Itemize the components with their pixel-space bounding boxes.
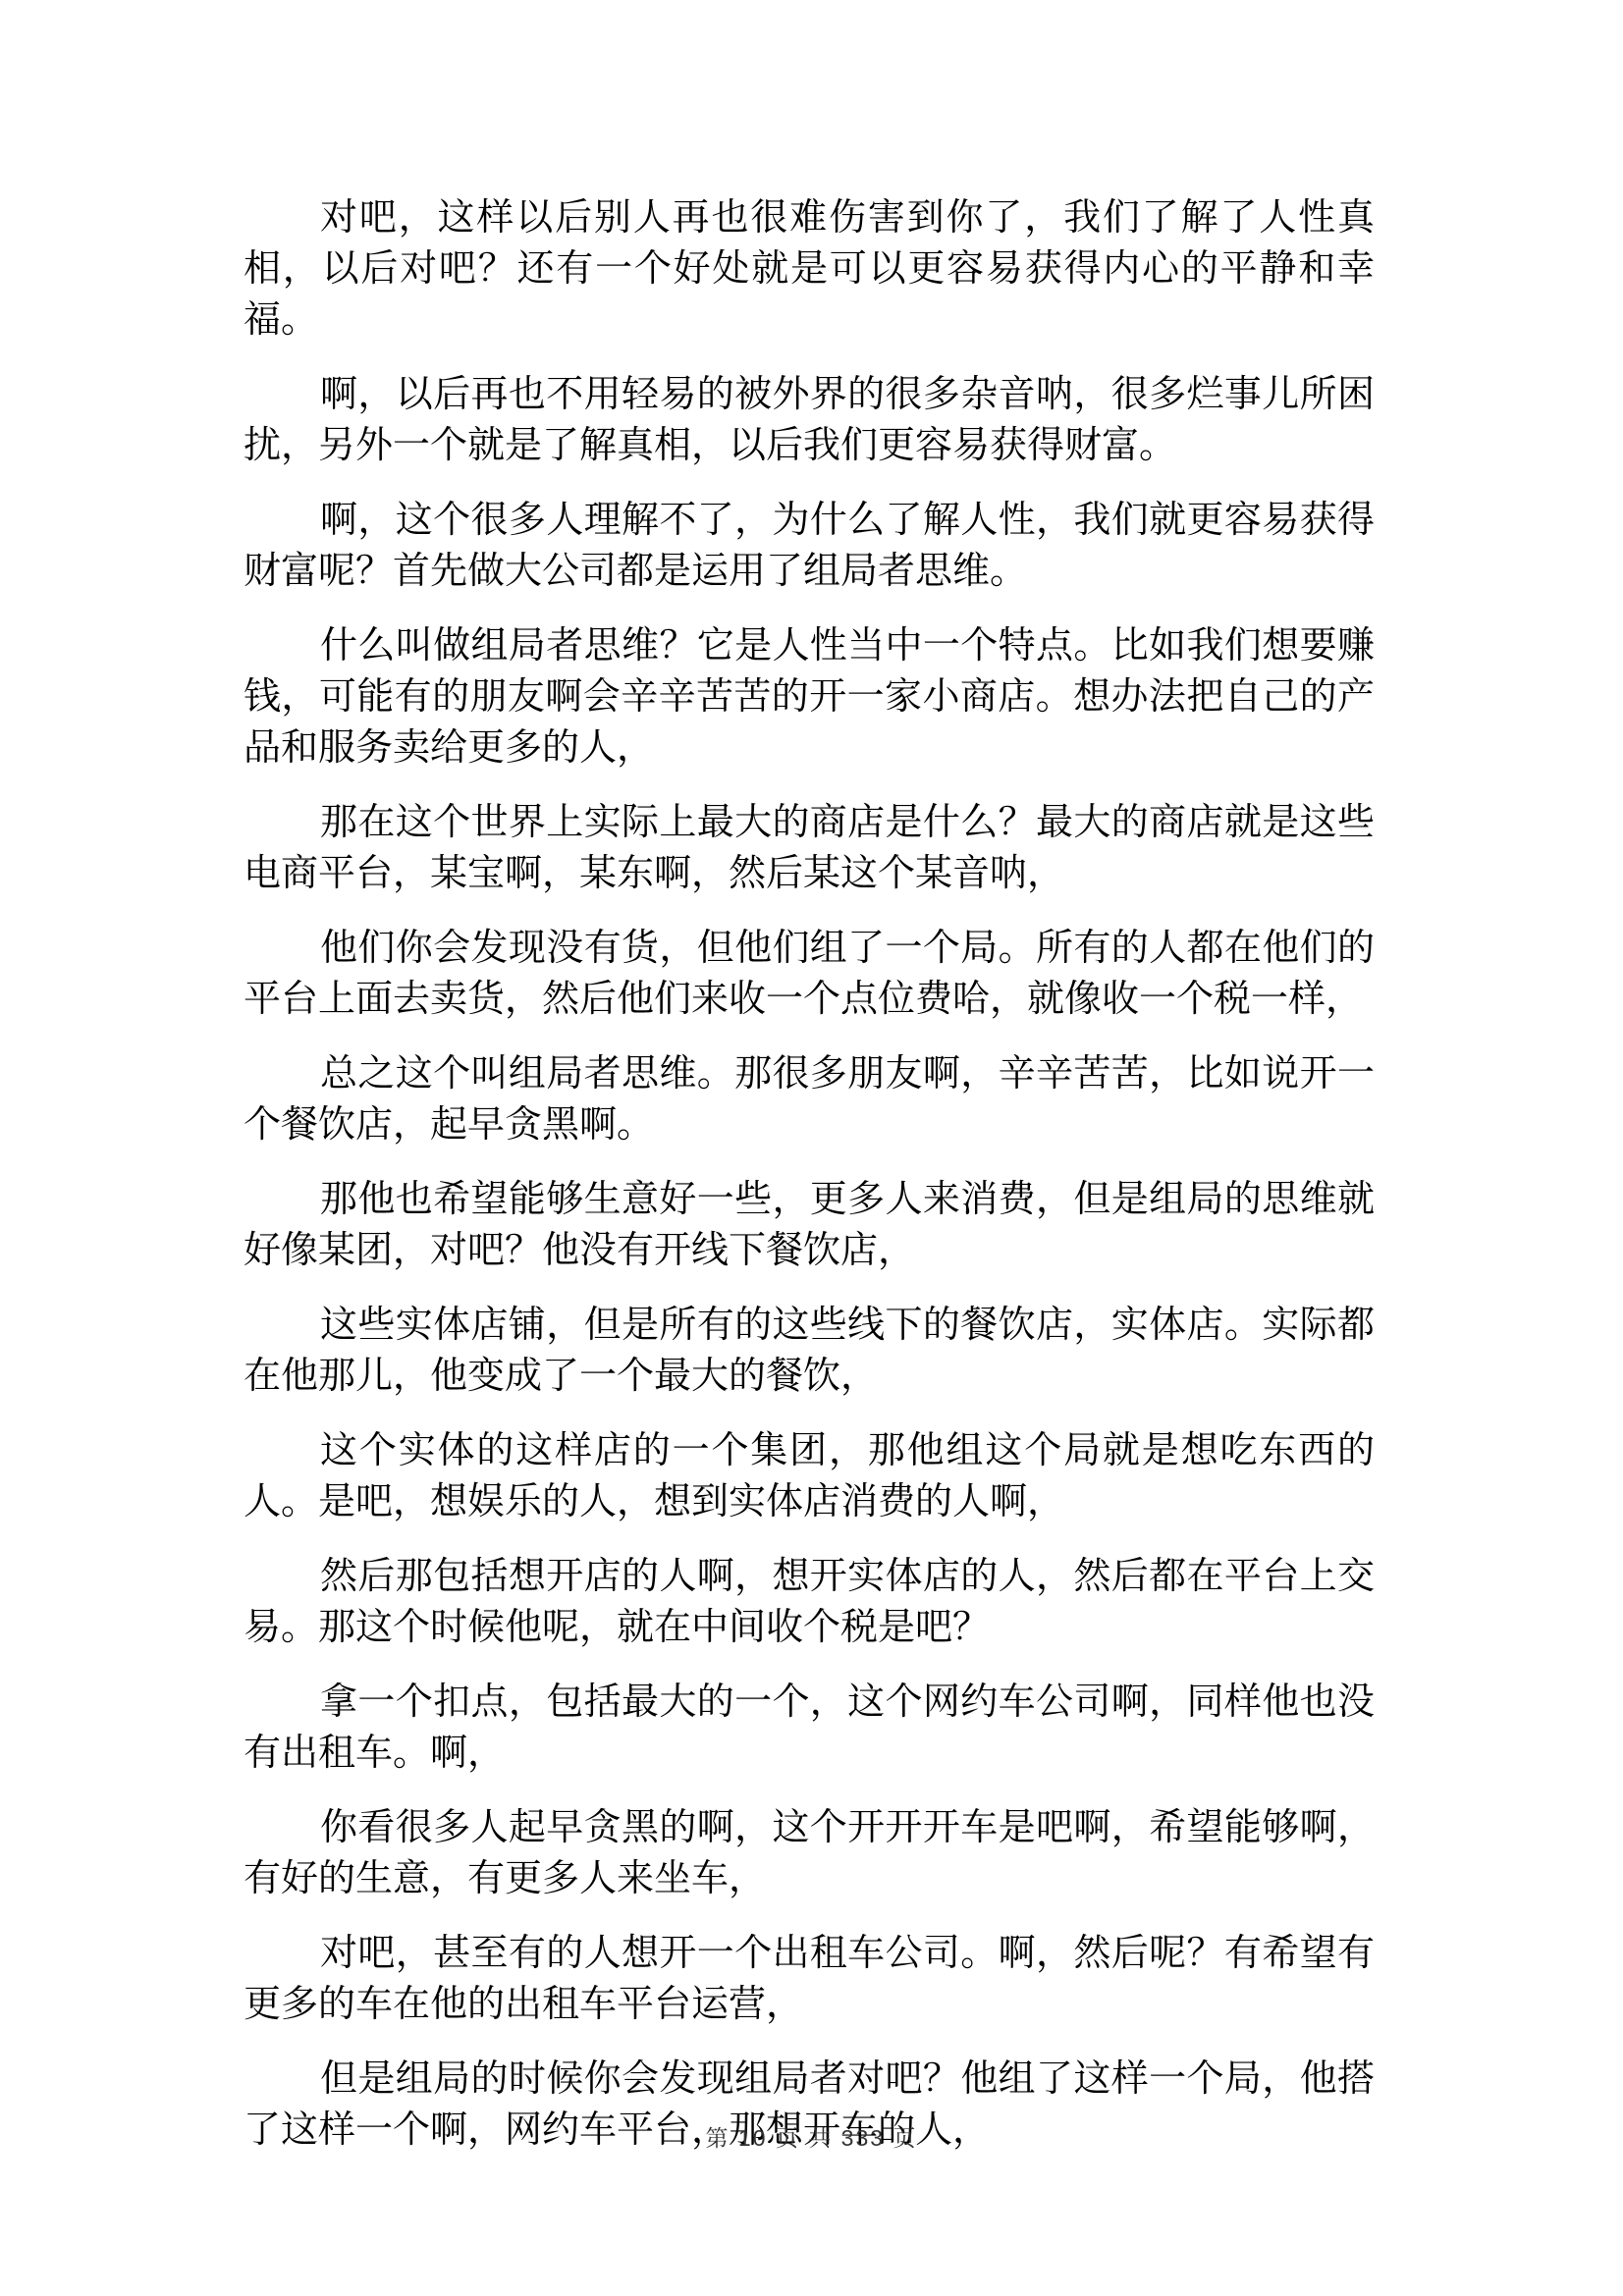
paragraph: 然后那包括想开店的人啊，想开实体店的人，然后都在平台上交易。那这个时候他呢，就在… [243, 1551, 1375, 1653]
paragraph: 对吧，甚至有的人想开一个出租车公司。啊，然后呢？有希望有更多的车在他的出租车平台… [243, 1928, 1375, 2030]
paragraph: 你看很多人起早贪黑的啊，这个开开开车是吧啊，希望能够啊，有好的生意，有更多人来坐… [243, 1802, 1375, 1904]
paragraph: 总之这个叫组局者思维。那很多朋友啊，辛辛苦苦，比如说开一个餐饮店，起早贪黑啊。 [243, 1048, 1375, 1150]
paragraph: 这些实体店铺，但是所有的这些线下的餐饮店，实体店。实际都在他那儿，他变成了一个最… [243, 1300, 1375, 1402]
paragraph: 对吧，这样以后别人再也很难伤害到你了，我们了解了人性真相，以后对吧？还有一个好处… [243, 192, 1375, 346]
document-page: 对吧，这样以后别人再也很难伤害到你了，我们了解了人性真相，以后对吧？还有一个好处… [0, 0, 1623, 2296]
paragraph: 他们你会发现没有货，但他们组了一个局。所有的人都在他们的平台上面去卖货，然后他们… [243, 923, 1375, 1025]
paragraph: 啊，这个很多人理解不了，为什么了解人性，我们就更容易获得财富呢？首先做大公司都是… [243, 495, 1375, 597]
paragraph: 那在这个世界上实际上最大的商店是什么？最大的商店就是这些电商平台，某宝啊，某东啊… [243, 797, 1375, 899]
paragraph: 啊，以后再也不用轻易的被外界的很多杂音呐，很多烂事儿所困扰，另外一个就是了解真相… [243, 369, 1375, 471]
document-body-text: 对吧，这样以后别人再也很难伤害到你了，我们了解了人性真相，以后对吧？还有一个好处… [243, 192, 1375, 2179]
paragraph: 这个实体的这样店的一个集团，那他组这个局就是想吃东西的人。是吧，想娱乐的人，想到… [243, 1425, 1375, 1527]
paragraph: 拿一个扣点，包括最大的一个，这个网约车公司啊，同样他也没有出租车。啊， [243, 1677, 1375, 1779]
paragraph: 那他也希望能够生意好一些，更多人来消费，但是组局的思维就好像某团，对吧？他没有开… [243, 1174, 1375, 1276]
paragraph: 什么叫做组局者思维？它是人性当中一个特点。比如我们想要赚钱，可能有的朋友啊会辛辛… [243, 620, 1375, 774]
page-number-footer: 第 10 页 共 333 页 [0, 2123, 1623, 2153]
